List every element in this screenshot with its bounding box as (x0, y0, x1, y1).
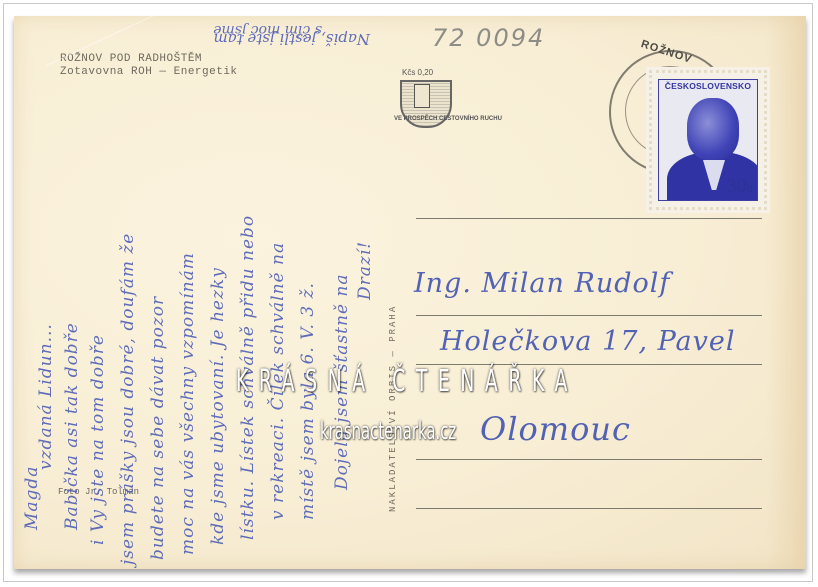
message-greeting: Drazí! (355, 241, 375, 300)
message-line: i Vy jste na tom dobře (88, 334, 108, 545)
address-rule (416, 218, 762, 219)
watermark-url: krasnactenarka.cz (320, 417, 456, 445)
stamp-value-number: 30 (727, 175, 747, 197)
message-line: vzdaná Lidun... (36, 323, 56, 470)
imprint-price: Kčs 0,20 (402, 68, 433, 77)
printed-caption-location: ROŽNOV POD RADHOŠTĚM (60, 53, 202, 65)
address-city: Olomouc (480, 410, 631, 448)
address-rule (416, 459, 762, 460)
message-line: Babička asi tak dobře (62, 322, 82, 530)
stamp-frame: ČESKOSLOVENSKO 30h (658, 79, 758, 201)
message-top-line: s čím moc jsme (213, 22, 322, 38)
pencil-catalog-number: 72 0094 (432, 24, 545, 52)
address-rule (416, 315, 762, 316)
watermark-title: KRÁSNÁ ČTENÁŘKA (236, 364, 578, 399)
castle-tower-icon (414, 84, 430, 108)
message-line: kde jsme ubytovaní. Je hezky (208, 267, 228, 545)
printed-caption-building: Zotavovna ROH — Energetik (60, 66, 238, 78)
address-street: Holečkova 17, Pavel (440, 326, 736, 357)
message-line: moc na vás všechny vzpomínám (178, 252, 198, 555)
stamp-country: ČESKOSLOVENSKO (659, 81, 757, 91)
tourism-imprint: Kčs 0,20 VE PROSPĚCH CESTOVNÍHO RUCHU (392, 68, 456, 140)
imprint-text: VE PROSPĚCH CESTOVNÍHO RUCHU (394, 116, 502, 122)
stamp-value-unit: h (747, 180, 754, 195)
publisher-imprint: NAKLADATELSTVÍ ORBIS — PRAHA (388, 305, 398, 512)
address-name: Ing. Milan Rudolf (414, 268, 670, 299)
address-rule (416, 508, 762, 509)
message-line: jsem prášky jsou dobré, doufám že (118, 233, 138, 565)
message-line: budete na sebe dávat pozor (148, 296, 168, 560)
stamp-portrait-head (687, 98, 739, 160)
message-signature: Magda (22, 466, 42, 530)
postage-stamp: ČESKOSLOVENSKO 30h (649, 70, 767, 210)
stamp-value: 30h (727, 175, 754, 198)
message-line: místě jsem byla 6. V. 3 ž. (298, 282, 318, 520)
